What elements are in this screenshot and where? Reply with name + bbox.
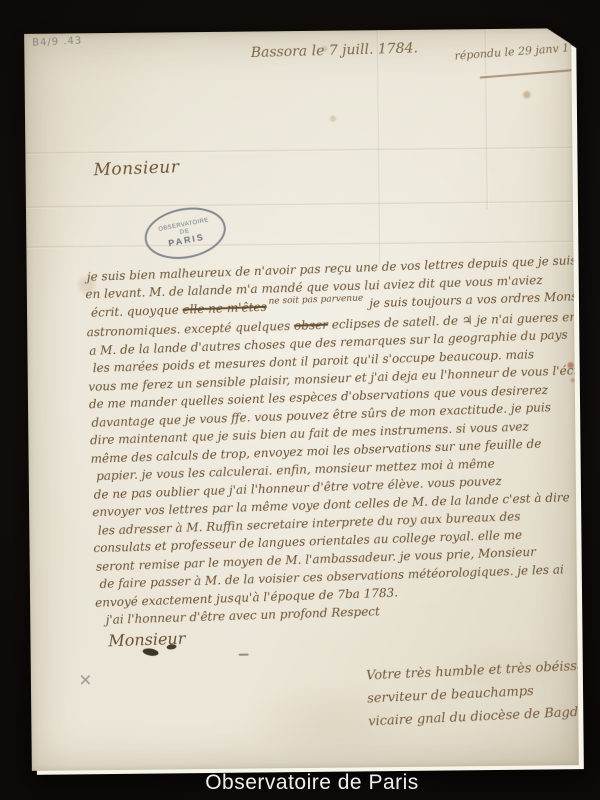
letter-body: je suis bien malheureux de n'avoir pas r… [85,252,581,650]
pencil-cross-mark [81,675,90,684]
fold-crease-vertical [376,30,381,265]
fold-crease-horizontal [26,240,573,249]
letter-line-text: écrit. quoyque [91,303,183,320]
letter-paper: B4/9 .43 Bassora le 7 juill. 1784. répon… [24,28,579,771]
ink-smudge [166,644,177,650]
dateline: Bassora le 7 juill. 1784. [204,39,464,62]
ink-smudge [142,647,159,657]
photo-caption: Observatoire de Paris [0,766,600,800]
letter-photo: B4/9 .43 Bassora le 7 juill. 1784. répon… [24,28,584,775]
fold-crease-horizontal [26,200,573,209]
reply-underline-stroke [480,69,580,79]
observatory-stamp: OBSERVATOIRE DE PARIS [140,201,230,265]
fold-crease-horizontal [25,146,572,155]
archive-number: B4/9 .43 [32,35,82,48]
salutation: Monsieur [93,157,180,180]
reply-annotation: répondu le 29 janv 1785 [454,40,591,63]
letter-line-struck-text: elle ne m'êtes [182,300,267,317]
signature-block: Votre très humble et très obéissant serv… [366,654,600,734]
photo-backdrop: B4/9 .43 Bassora le 7 juill. 1784. répon… [0,0,600,800]
letter-line-struck-text: obser [294,318,328,333]
letter-line-inserted-text: ne soit pas parvenue [268,289,363,310]
ink-smudge [239,654,249,656]
